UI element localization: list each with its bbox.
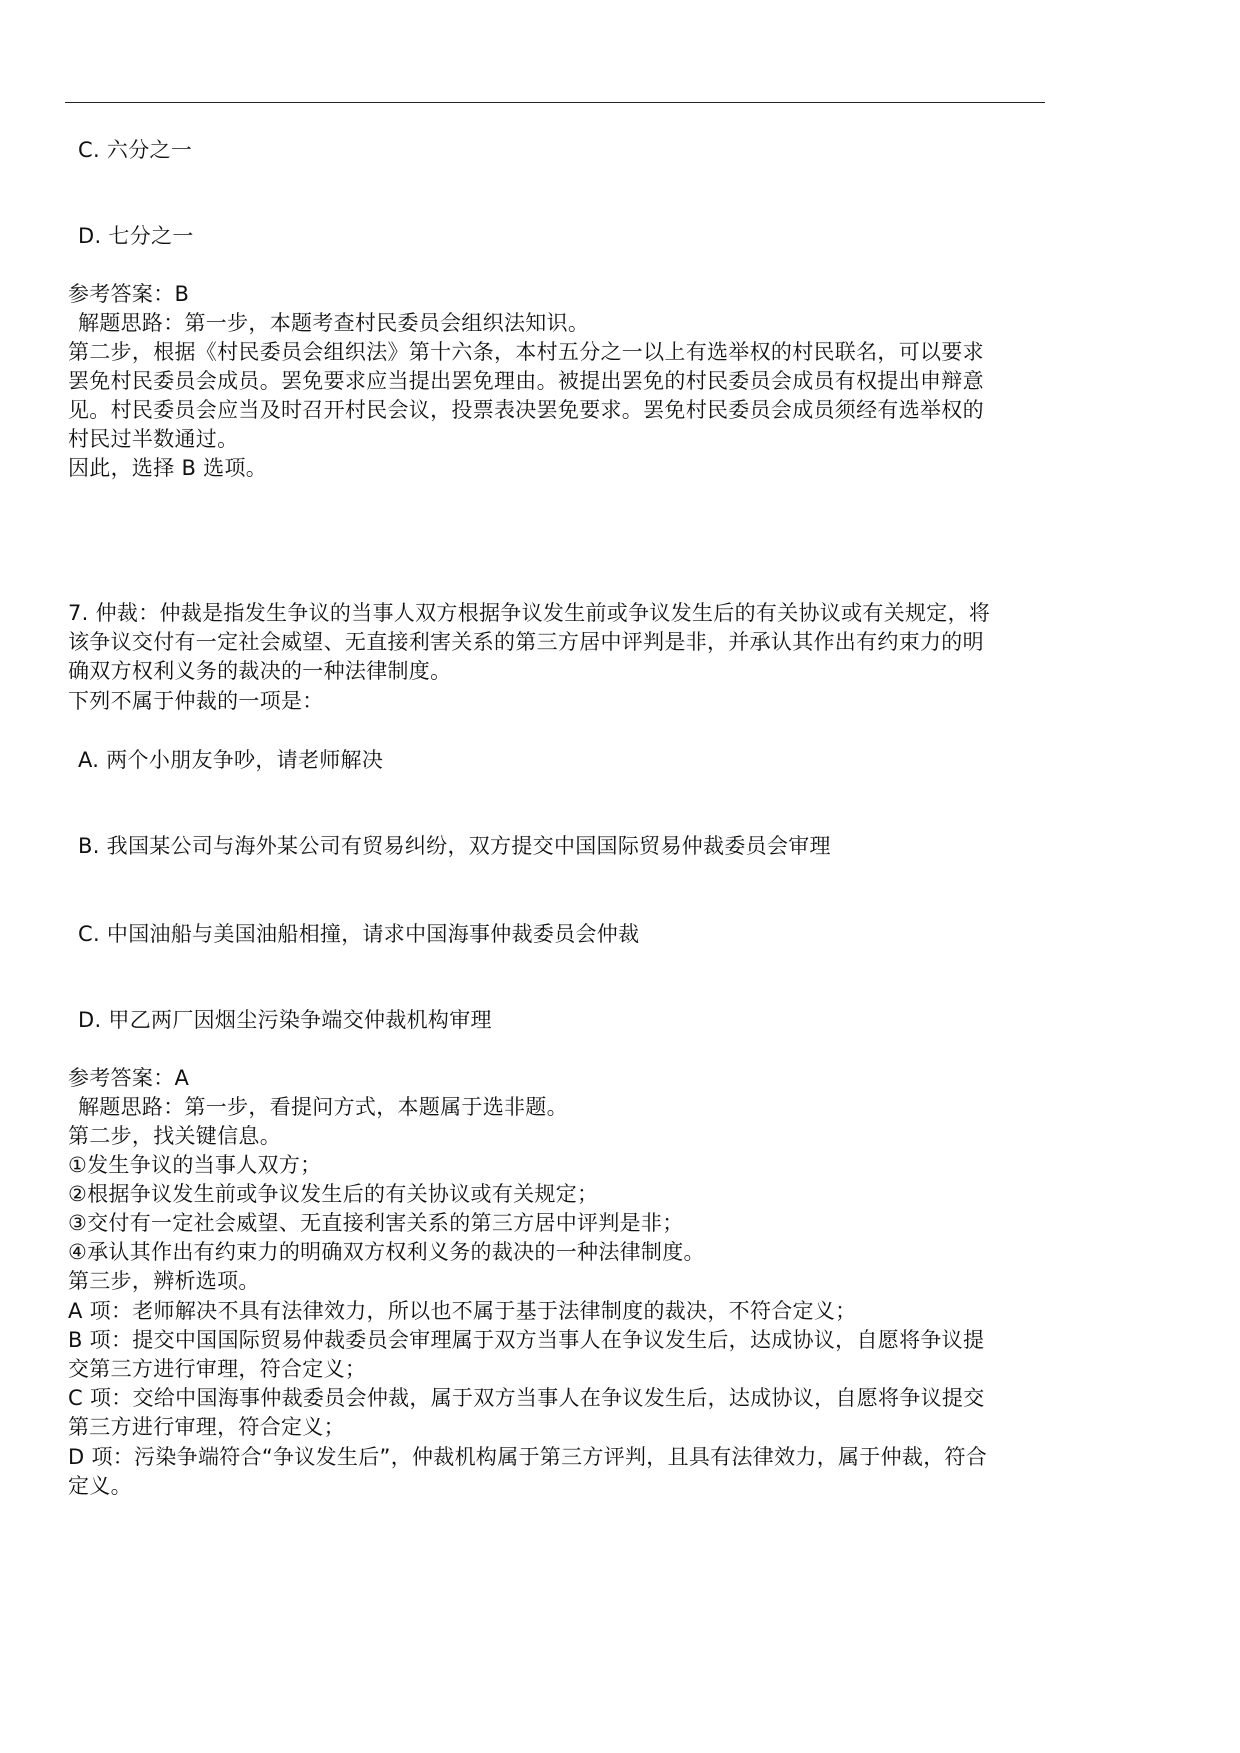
q7-explanation-line: 定义。 bbox=[68, 1472, 132, 1501]
q7-option-a: A. 两个小朋友争吵，请老师解决 bbox=[78, 746, 383, 775]
q7-explanation-line: A 项：老师解决不具有法律效力，所以也不属于基于法律制度的裁决，不符合定义； bbox=[68, 1297, 856, 1326]
q7-explanation-line: 第三步，辨析选项。 bbox=[68, 1267, 260, 1296]
q7-option-c: C. 中国油船与美国油船相撞，请求中国海事仲裁委员会仲裁 bbox=[78, 920, 639, 949]
q7-explanation-line: 第三方进行审理，符合定义； bbox=[68, 1413, 345, 1442]
q7-explanation-line: D 项：污染争端符合“争议发生后”，仲裁机构属于第三方评判，且具有法律效力，属于… bbox=[68, 1443, 987, 1472]
q7-option-d: D. 甲乙两厂因烟尘污染争端交仲裁机构审理 bbox=[78, 1006, 492, 1035]
q7-explanation-line: 解题思路：第一步，看提问方式，本题属于选非题。 bbox=[78, 1093, 568, 1122]
q6-explanation-line: 解题思路：第一步，本题考查村民委员会组织法知识。 bbox=[78, 309, 589, 338]
header-rule bbox=[65, 102, 1045, 103]
q6-option-c: C. 六分之一 bbox=[78, 136, 192, 165]
q7-explanation-line: ①发生争议的当事人双方； bbox=[68, 1151, 321, 1180]
q6-explanation-line: 因此，选择 B 选项。 bbox=[68, 454, 267, 483]
q7-explanation-line: 交第三方进行审理，符合定义； bbox=[68, 1355, 366, 1384]
q7-explanation-line: B 项：提交中国国际贸易仲裁委员会审理属于双方当事人在争议发生后，达成协议，自愿… bbox=[68, 1326, 984, 1355]
q6-option-d: D. 七分之一 bbox=[78, 222, 194, 251]
q6-explanation-line: 见。村民委员会应当及时召开村民会议，投票表决罢免要求。罢免村民委员会成员须经有选… bbox=[68, 396, 984, 425]
q6-explanation-line: 罢免村民委员会成员。罢免要求应当提出罢免理由。被提出罢免的村民委员会成员有权提出… bbox=[68, 367, 984, 396]
q7-question: 下列不属于仲裁的一项是： bbox=[68, 687, 324, 716]
q6-explanation-line: 第二步，根据《村民委员会组织法》第十六条，本村五分之一以上有选举权的村民联名，可… bbox=[68, 338, 984, 367]
q7-stem-line: 7. 仲裁：仲裁是指发生争议的当事人双方根据争议发生前或争议发生后的有关协议或有… bbox=[68, 599, 990, 628]
q7-explanation-line: 第二步，找关键信息。 bbox=[68, 1122, 281, 1151]
q7-explanation-line: ④承认其作出有约束力的明确双方权利义务的裁决的一种法律制度。 bbox=[68, 1238, 705, 1267]
q6-explanation-line: 村民过半数通过。 bbox=[68, 425, 238, 454]
q7-answer: 参考答案：A bbox=[68, 1064, 189, 1093]
q7-explanation-line: ②根据争议发生前或争议发生后的有关协议或有关规定； bbox=[68, 1180, 598, 1209]
q7-stem-line: 该争议交付有一定社会威望、无直接利害关系的第三方居中评判是非，并承认其作出有约束… bbox=[68, 628, 984, 657]
q7-explanation-line: ③交付有一定社会威望、无直接利害关系的第三方居中评判是非； bbox=[68, 1209, 684, 1238]
q6-answer: 参考答案：B bbox=[68, 280, 189, 309]
q7-stem-line: 确双方权利义务的裁决的一种法律制度。 bbox=[68, 657, 451, 686]
q7-explanation-line: C 项：交给中国海事仲裁委员会仲裁，属于双方当事人在争议发生后，达成协议，自愿将… bbox=[68, 1384, 985, 1413]
q7-option-b: B. 我国某公司与海外某公司有贸易纠纷，双方提交中国国际贸易仲裁委员会审理 bbox=[78, 832, 831, 861]
